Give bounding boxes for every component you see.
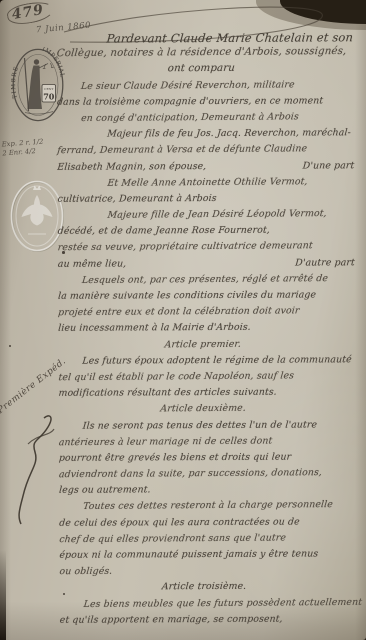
document-line: Le sieur Claude Désiré Reverchon, milita… bbox=[56, 78, 361, 97]
stamp-value: 70 bbox=[43, 92, 55, 102]
ink-speck bbox=[9, 345, 11, 347]
document-line: Ils ne seront pas tenus des dettes l'un … bbox=[58, 419, 362, 437]
article-heading: ont comparu bbox=[56, 63, 360, 81]
document-line: et qu'ils apportent en mariage, se compo… bbox=[59, 613, 363, 631]
registration-margin-note: Exp. 2 r. 1/2 2 Enr. 4/2 bbox=[1, 138, 44, 159]
document-line: au même lieu,D'autre part bbox=[57, 257, 361, 275]
document-line: Elisabeth Magnin, son épouse,D'une part bbox=[56, 160, 360, 178]
article-heading: Article troisième. bbox=[59, 581, 363, 599]
line-right-text: D'autre part bbox=[294, 257, 355, 274]
document-line: restée sa veuve, propriétaire cultivatri… bbox=[57, 240, 362, 259]
document-photo: { "colors": { "paper": "#c1bbac", "ink":… bbox=[0, 0, 366, 640]
stamp-denomination: CENT 70 bbox=[42, 85, 56, 103]
document-line: antérieures à leur mariage ni de celles … bbox=[58, 434, 363, 453]
line-text: au même lieu, bbox=[57, 258, 127, 275]
document-line: chef de qui elles proviendront sans que … bbox=[58, 532, 363, 551]
document-line: Lesquels ont, par ces présentes, réglé e… bbox=[57, 273, 362, 292]
document-line: lieu incessamment à la Mairie d'Arbois. bbox=[57, 322, 361, 340]
document-line: Toutes ces dettes resteront à la charge … bbox=[58, 499, 363, 518]
document-line: dans la troisième compagnie d'ouvriers, … bbox=[56, 95, 360, 113]
article-heading: Article premier. bbox=[57, 337, 362, 356]
document-line: Les biens meubles que les futurs possède… bbox=[59, 596, 364, 615]
document-line: Et Melle Anne Antoinette Othilie Vermot, bbox=[56, 175, 361, 194]
line-right-text: D'une part bbox=[302, 160, 355, 176]
document-line: ferrand, Demeurant à Versa et de défunte… bbox=[56, 143, 361, 162]
line-text: Elisabeth Magnin, son épouse, bbox=[56, 161, 206, 178]
notary-paraph-icon bbox=[8, 410, 66, 528]
document-line: Les futurs époux adoptent le régime de l… bbox=[58, 354, 362, 372]
photo-edge-left bbox=[0, 550, 6, 640]
article-heading: Article deuxième. bbox=[58, 402, 363, 421]
document-text: Pardevant Claude Marie Chatelain et sonC… bbox=[56, 30, 362, 631]
stamp-cent-label: CENT bbox=[44, 87, 54, 91]
document-line: de celui des époux qui les aura contract… bbox=[58, 516, 362, 534]
